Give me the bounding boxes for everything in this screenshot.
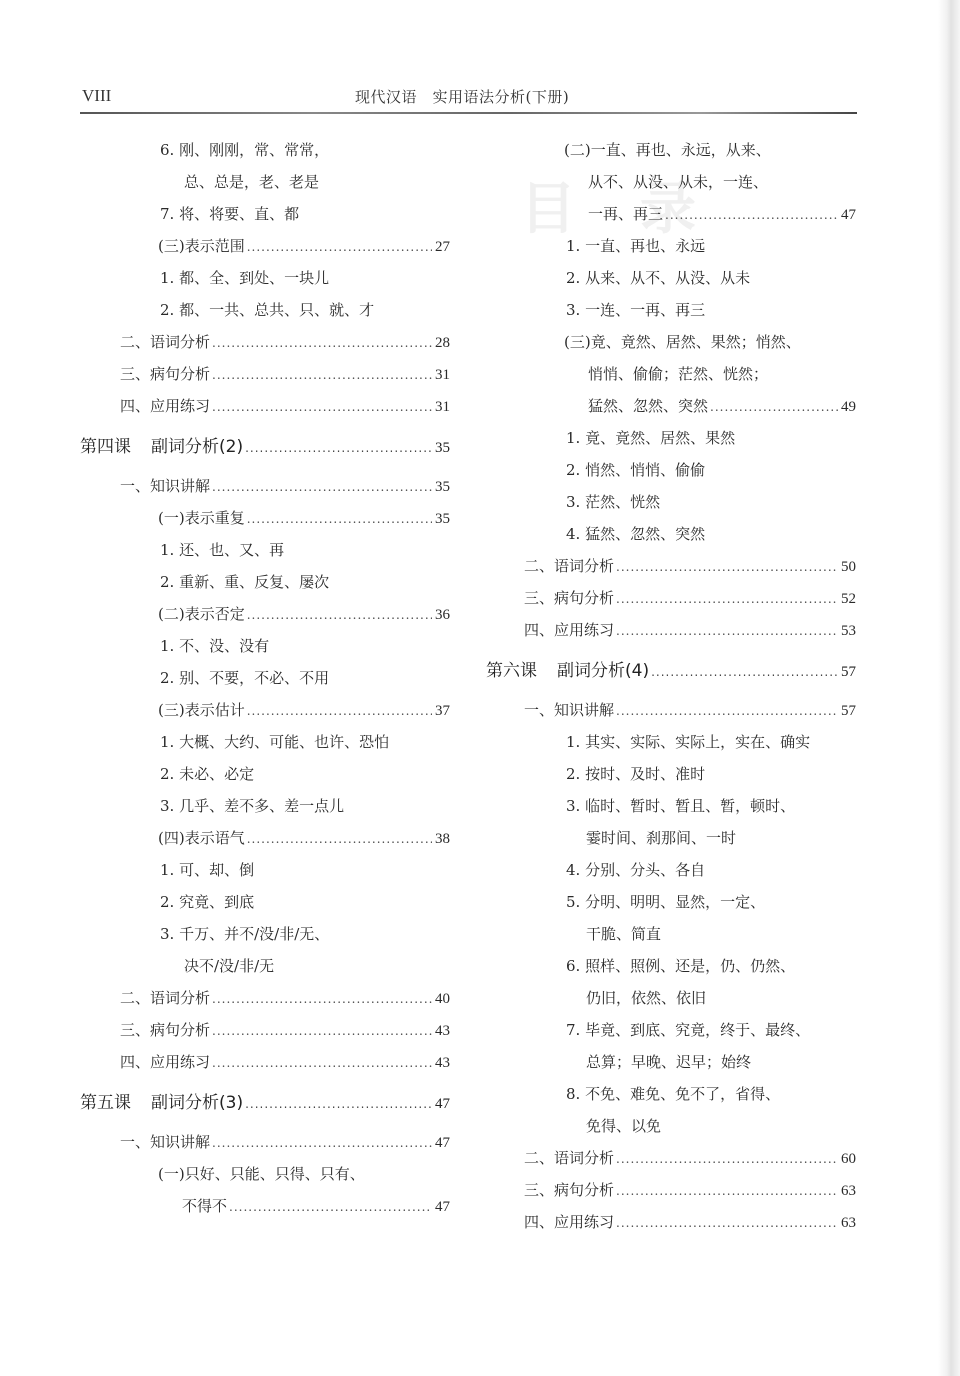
toc-entry-title: 总算；早晚、迟早；始终 — [586, 1046, 751, 1078]
toc-entry-item-cont: 干脆、简直 — [486, 918, 856, 950]
toc-page-number: 31 — [435, 359, 450, 391]
toc-entry-title: (一)只好、只能、只得、只有、 — [158, 1158, 365, 1190]
toc-entry-item-cont: 仍旧，依然、依旧 — [486, 982, 856, 1014]
toc-entry-sub: (一)只好、只能、只得、只有、 — [80, 1158, 450, 1190]
toc-entry-sub[interactable]: (三)表示范围27 — [80, 230, 450, 262]
toc-entry-section[interactable]: 三、病句分析31 — [80, 358, 450, 390]
toc-entry-title: 1. 竟、竟然、居然、果然 — [566, 422, 735, 454]
toc-right-column: (二)一直、再也、永远，从来、从不、从没、从未，一连、一再、再三471. 一直、… — [486, 134, 856, 1238]
toc-page-number: 57 — [841, 695, 856, 727]
toc-entry-title: 4. 分别、分头、各自 — [566, 854, 705, 886]
toc-page-number: 28 — [435, 327, 450, 359]
toc-lesson-heading[interactable]: 第四课副词分析(2)35 — [80, 424, 450, 470]
toc-entry-title: 2. 从来、从不、从没、从未 — [566, 262, 750, 294]
toc-page-number: 43 — [435, 1015, 450, 1047]
toc-entry-item: 4. 猛然、忽然、突然 — [486, 518, 856, 550]
lesson-number: 第六课 — [486, 648, 537, 694]
dot-leader — [247, 231, 432, 263]
toc-entry-title: (二)表示否定 — [158, 598, 245, 630]
toc-page-number: 60 — [841, 1143, 856, 1175]
dot-leader — [616, 1143, 838, 1175]
toc-entry-sub-cont[interactable]: 不得不47 — [80, 1190, 450, 1222]
toc-entry-item: 3. 千万、并不/没/非/无、 — [80, 918, 450, 950]
toc-entry-sub[interactable]: (四)表示语气38 — [80, 822, 450, 854]
toc-entry-item: 1. 都、全、到处、一块儿 — [80, 262, 450, 294]
toc-left-column: 6. 刚、刚刚，常、常常，总、总是，老、老是7. 将、将要、直、都(三)表示范围… — [80, 134, 450, 1222]
running-header: VIII 现代汉语 实用语法分析(下册) — [80, 84, 857, 114]
page-number-roman: VIII — [82, 86, 111, 106]
dot-leader — [229, 1191, 432, 1223]
toc-entry-title: 1. 一直、再也、永远 — [566, 230, 705, 262]
toc-entry-section[interactable]: 二、语词分析50 — [486, 550, 856, 582]
toc-entry-item: 2. 究竟、到底 — [80, 886, 450, 918]
toc-page-number: 49 — [841, 391, 856, 423]
toc-entry-title: 3. 千万、并不/没/非/无、 — [160, 918, 329, 950]
toc-entry-item: 2. 都、一共、总共、只、就、才 — [80, 294, 450, 326]
toc-lesson-heading[interactable]: 第五课副词分析(3)47 — [80, 1080, 450, 1126]
toc-entry-title: 6. 照样、照例、还是，仍、仍然、 — [566, 950, 795, 982]
toc-entry-title: (三)表示范围 — [158, 230, 245, 262]
toc-entry-sub-cont: 悄悄、偷偷；茫然、恍然； — [486, 358, 856, 390]
toc-entry-title: 免得、以免 — [586, 1110, 661, 1142]
toc-entry-section[interactable]: 三、病句分析63 — [486, 1174, 856, 1206]
toc-entry-title: 猛然、忽然、突然 — [588, 390, 708, 422]
toc-entry-title: 2. 重新、重、反复、屡次 — [160, 566, 329, 598]
toc-entry-item: 7. 将、将要、直、都 — [80, 198, 450, 230]
toc-entry-title: 霎时间、刹那间、一时 — [586, 822, 736, 854]
toc-entry-title: 7. 毕竟、到底、究竟，终于、最终、 — [566, 1014, 810, 1046]
dot-leader — [247, 695, 432, 727]
toc-entry-title: 3. 茫然、恍然 — [566, 486, 660, 518]
toc-page-number: 57 — [841, 649, 856, 695]
toc-entry-item-cont: 总、总是，老、老是 — [80, 166, 450, 198]
toc-entry-item: 6. 刚、刚刚，常、常常， — [80, 134, 450, 166]
toc-entry-sub: (二)一直、再也、永远，从来、 — [486, 134, 856, 166]
dot-leader — [710, 391, 838, 423]
toc-lesson-heading[interactable]: 第六课副词分析(4)57 — [486, 648, 856, 694]
toc-entry-section[interactable]: 一、知识讲解57 — [486, 694, 856, 726]
toc-entry-title: 四、应用练习 — [524, 1206, 614, 1238]
toc-entry-item: 8. 不免、难免、免不了，省得、 — [486, 1078, 856, 1110]
book-title: 现代汉语 实用语法分析(下册) — [355, 86, 569, 107]
toc-page-number: 53 — [841, 615, 856, 647]
toc-entry-title: 三、病句分析 — [120, 358, 210, 390]
toc-entry-title: 四、应用练习 — [120, 390, 210, 422]
toc-entry-title: 7. 将、将要、直、都 — [160, 198, 299, 230]
toc-entry-title: 3. 一连、一再、再三 — [566, 294, 705, 326]
toc-entry-title: 一再、再三 — [588, 198, 663, 230]
toc-page-number: 47 — [435, 1191, 450, 1223]
toc-page-number: 40 — [435, 983, 450, 1015]
toc-entry-title: 四、应用练习 — [524, 614, 614, 646]
toc-entry-title: 干脆、简直 — [586, 918, 661, 950]
dot-leader — [212, 1127, 432, 1159]
toc-entry-title: 1. 还、也、又、再 — [160, 534, 284, 566]
toc-entry-title: 三、病句分析 — [524, 582, 614, 614]
toc-entry-title: (三)表示估计 — [158, 694, 245, 726]
toc-entry-sub[interactable]: (二)表示否定36 — [80, 598, 450, 630]
toc-page-number: 47 — [841, 199, 856, 231]
toc-entry-item: 1. 竟、竟然、居然、果然 — [486, 422, 856, 454]
toc-entry-title: 二、语词分析 — [524, 1142, 614, 1174]
dot-leader — [247, 503, 432, 535]
toc-entry-item: 2. 未必、必定 — [80, 758, 450, 790]
dot-leader — [665, 199, 838, 231]
toc-entry-title: (四)表示语气 — [158, 822, 245, 854]
toc-entry-sub-cont[interactable]: 猛然、忽然、突然49 — [486, 390, 856, 422]
toc-entry-item-cont: 总算；早晚、迟早；始终 — [486, 1046, 856, 1078]
dot-leader — [245, 425, 432, 471]
toc-entry-title: 4. 猛然、忽然、突然 — [566, 518, 705, 550]
toc-entry-title: 2. 究竟、到底 — [160, 886, 254, 918]
dot-leader — [212, 1047, 432, 1079]
toc-entry-sub-cont[interactable]: 一再、再三47 — [486, 198, 856, 230]
toc-entry-title: 3. 临时、暂时、暂且、暂，顿时、 — [566, 790, 795, 822]
header-rule — [80, 112, 857, 114]
toc-entry-item: 3. 临时、暂时、暂且、暂，顿时、 — [486, 790, 856, 822]
dot-leader — [616, 1175, 838, 1207]
toc-entry-title: 1. 都、全、到处、一块儿 — [160, 262, 329, 294]
toc-entry-section[interactable]: 二、语词分析28 — [80, 326, 450, 358]
dot-leader — [616, 695, 838, 727]
toc-entry-title: (三)竟、竟然、居然、果然；悄然、 — [564, 326, 801, 358]
dot-leader — [616, 615, 838, 647]
dot-leader — [616, 551, 838, 583]
toc-entry-section[interactable]: 二、语词分析40 — [80, 982, 450, 1014]
toc-page-number: 52 — [841, 583, 856, 615]
toc-entry-title: 仍旧，依然、依旧 — [586, 982, 706, 1014]
toc-entry-title: 8. 不免、难免、免不了，省得、 — [566, 1078, 780, 1110]
toc-page-number: 50 — [841, 551, 856, 583]
toc-entry-item: 1. 可、却、倒 — [80, 854, 450, 886]
dot-leader — [212, 327, 432, 359]
toc-entry-sub[interactable]: (一)表示重复35 — [80, 502, 450, 534]
toc-entry-section[interactable]: 一、知识讲解35 — [80, 470, 450, 502]
toc-entry-section[interactable]: 二、语词分析60 — [486, 1142, 856, 1174]
toc-entry-title: 2. 未必、必定 — [160, 758, 254, 790]
toc-page-number: 38 — [435, 823, 450, 855]
toc-page-number: 37 — [435, 695, 450, 727]
toc-page-number: 63 — [841, 1175, 856, 1207]
toc-entry-title: 1. 不、没、没有 — [160, 630, 269, 662]
toc-entry-item: 1. 一直、再也、永远 — [486, 230, 856, 262]
toc-page-number: 47 — [435, 1081, 450, 1127]
toc-entry-title: 2. 按时、及时、准时 — [566, 758, 705, 790]
toc-entry-item: 1. 大概、大约、可能、也许、恐怕 — [80, 726, 450, 758]
toc-entry-title: 6. 刚、刚刚，常、常常， — [160, 134, 329, 166]
lesson-number: 第五课 — [80, 1080, 131, 1126]
toc-entry-section[interactable]: 四、应用练习53 — [486, 614, 856, 646]
dot-leader — [212, 391, 432, 423]
toc-page-number: 31 — [435, 391, 450, 423]
toc-entry-title: 副词分析(4) — [557, 648, 649, 694]
toc-entry-item-cont: 免得、以免 — [486, 1110, 856, 1142]
toc-entry-title: 一、知识讲解 — [120, 470, 210, 502]
toc-entry-section[interactable]: 四、应用练习63 — [486, 1206, 856, 1238]
toc-entry-title: 2. 都、一共、总共、只、就、才 — [160, 294, 374, 326]
toc-entry-item: 2. 别、不要，不必、不用 — [80, 662, 450, 694]
toc-entry-item: 2. 按时、及时、准时 — [486, 758, 856, 790]
toc-entry-title: 从不、从没、从未，一连、 — [588, 166, 768, 198]
toc-entry-item: 5. 分明、明明、显然，一定、 — [486, 886, 856, 918]
toc-page-number: 35 — [435, 425, 450, 471]
dot-leader — [651, 649, 838, 695]
toc-entry-title: 2. 悄然、悄悄、偷偷 — [566, 454, 705, 486]
toc-entry-item: 3. 几乎、差不多、差一点儿 — [80, 790, 450, 822]
toc-entry-item: 4. 分别、分头、各自 — [486, 854, 856, 886]
toc-entry-title: 二、语词分析 — [524, 550, 614, 582]
dot-leader — [245, 1081, 432, 1127]
dot-leader — [616, 583, 838, 615]
toc-entry-item: 2. 重新、重、反复、屡次 — [80, 566, 450, 598]
toc-entry-item-cont: 决不/没/非/无 — [80, 950, 450, 982]
toc-entry-title: 一、知识讲解 — [524, 694, 614, 726]
toc-entry-title: 3. 几乎、差不多、差一点儿 — [160, 790, 344, 822]
toc-entry-item: 1. 其实、实际、实际上，实在、确实 — [486, 726, 856, 758]
toc-entry-title: 三、病句分析 — [120, 1014, 210, 1046]
dot-leader — [247, 599, 432, 631]
toc-page-number: 27 — [435, 231, 450, 263]
toc-entry-item: 3. 茫然、恍然 — [486, 486, 856, 518]
toc-page-number: 63 — [841, 1207, 856, 1239]
toc-entry-section[interactable]: 四、应用练习31 — [80, 390, 450, 422]
lesson-number: 第四课 — [80, 424, 131, 470]
toc-page-number: 47 — [435, 1127, 450, 1159]
toc-page-number: 43 — [435, 1047, 450, 1079]
dot-leader — [212, 1015, 432, 1047]
toc-entry-title: 悄悄、偷偷；茫然、恍然； — [588, 358, 768, 390]
toc-entry-title: 三、病句分析 — [524, 1174, 614, 1206]
toc-entry-title: 1. 其实、实际、实际上，实在、确实 — [566, 726, 810, 758]
toc-entry-section[interactable]: 三、病句分析52 — [486, 582, 856, 614]
toc-entry-title: (二)一直、再也、永远，从来、 — [564, 134, 771, 166]
dot-leader — [212, 471, 432, 503]
toc-entry-title: 总、总是，老、老是 — [184, 166, 319, 198]
toc-entry-item: 2. 从来、从不、从没、从未 — [486, 262, 856, 294]
toc-entry-item: 2. 悄然、悄悄、偷偷 — [486, 454, 856, 486]
toc-entry-title: 不得不 — [182, 1190, 227, 1222]
toc-entry-title: 2. 别、不要，不必、不用 — [160, 662, 329, 694]
toc-entry-sub: (三)竟、竟然、居然、果然；悄然、 — [486, 326, 856, 358]
toc-entry-title: 1. 可、却、倒 — [160, 854, 254, 886]
toc-entry-sub[interactable]: (三)表示估计37 — [80, 694, 450, 726]
dot-leader — [212, 983, 432, 1015]
toc-entry-item: 6. 照样、照例、还是，仍、仍然、 — [486, 950, 856, 982]
toc-entry-title: 5. 分明、明明、显然，一定、 — [566, 886, 765, 918]
toc-entry-item: 3. 一连、一再、再三 — [486, 294, 856, 326]
toc-entry-title: 副词分析(3) — [151, 1080, 243, 1126]
toc-entry-title: 1. 大概、大约、可能、也许、恐怕 — [160, 726, 389, 758]
toc-entry-title: 决不/没/非/无 — [184, 950, 274, 982]
toc-entry-sub-cont: 从不、从没、从未，一连、 — [486, 166, 856, 198]
toc-entry-title: 二、语词分析 — [120, 982, 210, 1014]
dot-leader — [212, 359, 432, 391]
toc-entry-title: 四、应用练习 — [120, 1046, 210, 1078]
toc-entry-item: 1. 还、也、又、再 — [80, 534, 450, 566]
toc-entry-title: (一)表示重复 — [158, 502, 245, 534]
dot-leader — [616, 1207, 838, 1239]
toc-entry-section[interactable]: 三、病句分析43 — [80, 1014, 450, 1046]
page-edge-shadow — [938, 0, 960, 1376]
toc-entry-title: 一、知识讲解 — [120, 1126, 210, 1158]
toc-entry-section[interactable]: 四、应用练习43 — [80, 1046, 450, 1078]
toc-entry-title: 二、语词分析 — [120, 326, 210, 358]
dot-leader — [247, 823, 432, 855]
toc-entry-item: 1. 不、没、没有 — [80, 630, 450, 662]
toc-entry-section[interactable]: 一、知识讲解47 — [80, 1126, 450, 1158]
toc-page-number: 35 — [435, 471, 450, 503]
toc-page-number: 35 — [435, 503, 450, 535]
toc-page-number: 36 — [435, 599, 450, 631]
toc-entry-item: 7. 毕竟、到底、究竟，终于、最终、 — [486, 1014, 856, 1046]
toc-entry-title: 副词分析(2) — [151, 424, 243, 470]
toc-entry-item-cont: 霎时间、刹那间、一时 — [486, 822, 856, 854]
